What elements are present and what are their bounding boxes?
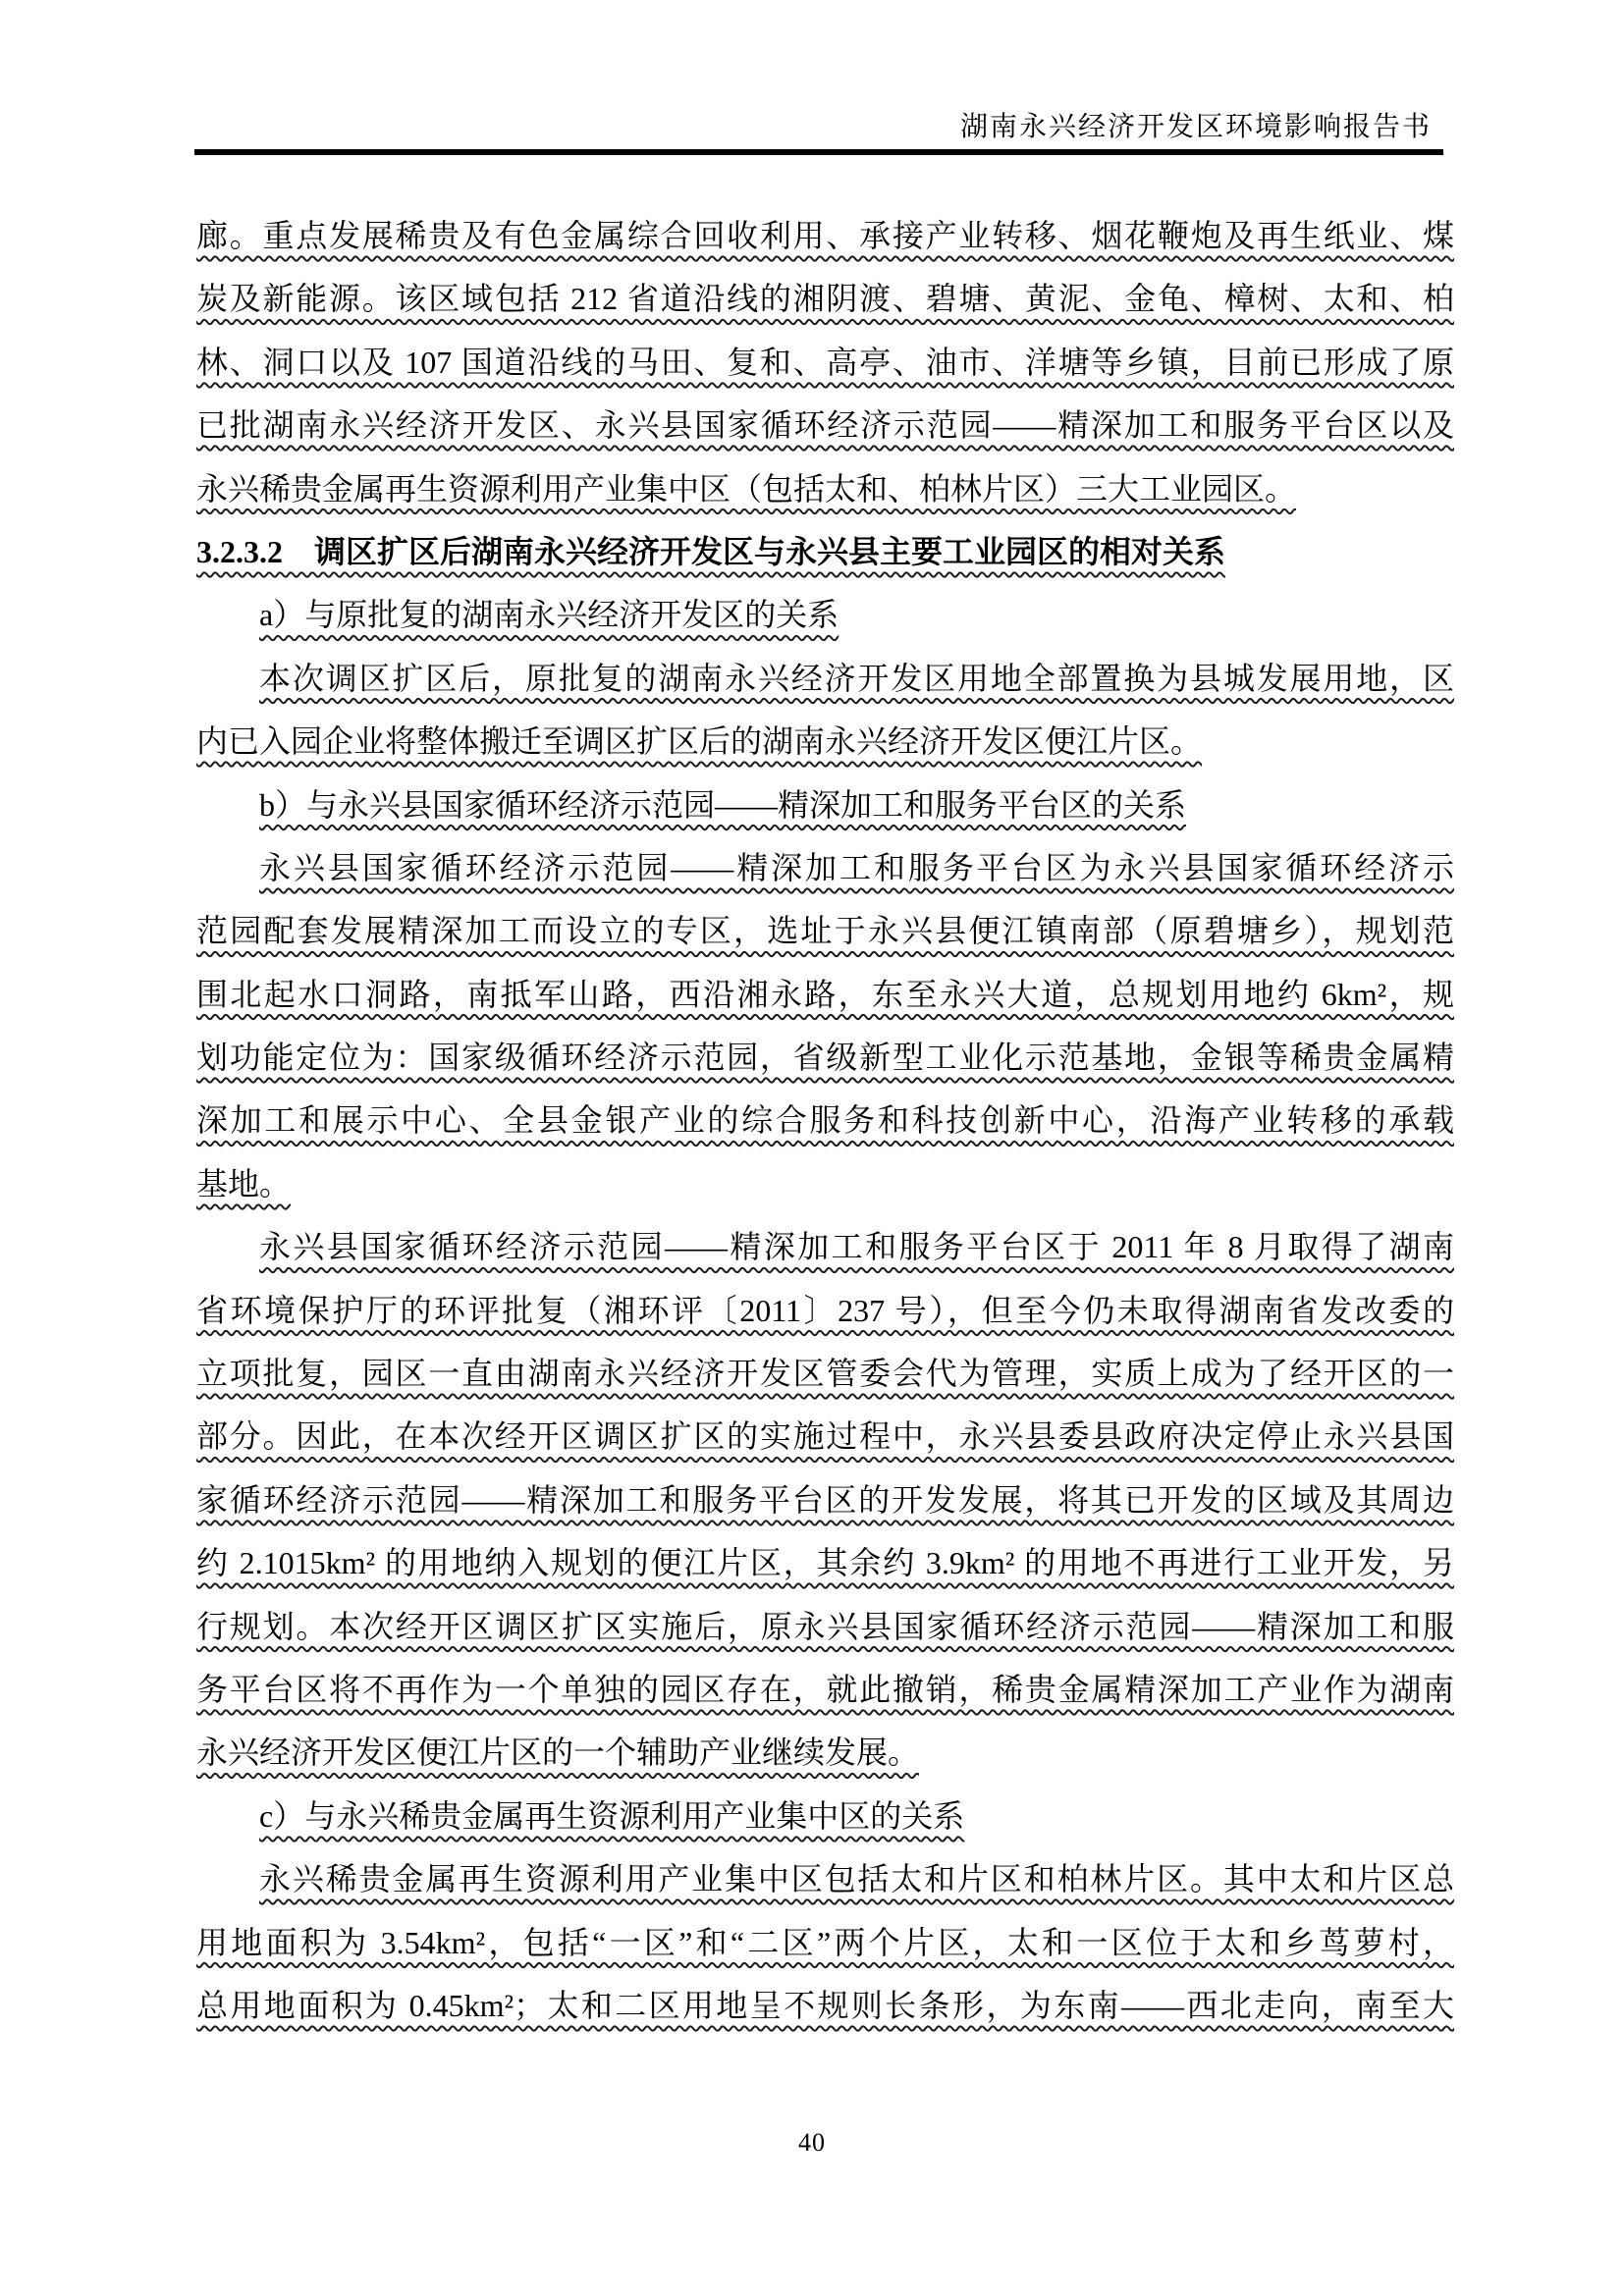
text-line: 立项批复，园区一直由湖南永兴经济开发区管委会代为管理，实质上成为了经开区的一 <box>196 1342 1454 1405</box>
text-line: 林、洞口以及 107 国道沿线的马田、复和、高亭、油市、洋塘等乡镇，目前已形成了… <box>196 331 1454 394</box>
text-line: 基地。 <box>196 1152 1454 1215</box>
header-title: 湖南永兴经济开发区环境影响报告书 <box>194 110 1443 145</box>
text-line: 总用地面积为 0.45km²；太和二区用地呈不规则长条形，为东南——西北走向，南… <box>196 1974 1454 2037</box>
text-line: 家循环经济示范园——精深加工和服务平台区的开发发展，将其已开发的区域及其周边 <box>196 1468 1454 1531</box>
document-page: 湖南永兴经济开发区环境影响报告书 廊。重点发展稀贵及有色金属综合回收利用、承接产… <box>0 0 1624 2296</box>
text-line: c）与永兴稀贵金属再生资源利用产业集中区的关系 <box>196 1785 1454 1847</box>
text-line: 深加工和展示中心、全县金银产业的综合服务和科技创新中心，沿海产业转移的承载 <box>196 1089 1454 1151</box>
text-line: 行规划。本次经开区调区扩区实施后，原永兴县国家循环经济示范园——精深加工和服 <box>196 1595 1454 1658</box>
text-line: 省环境保护厅的环评批复（湘环评〔2011〕237 号），但至今仍未取得湖南省发改… <box>196 1279 1454 1342</box>
text-line: a）与原批复的湖南永兴经济开发区的关系 <box>196 583 1454 646</box>
text-line: 用地面积为 3.54km²，包括“一区”和“二区”两个片区，太和一区位于太和乡茑… <box>196 1911 1454 1974</box>
page-footer: 40 <box>0 2128 1624 2158</box>
text-line: 永兴稀贵金属再生资源利用产业集中区包括太和片区和柏林片区。其中太和片区总 <box>196 1847 1454 1910</box>
page-header: 湖南永兴经济开发区环境影响报告书 <box>194 110 1443 155</box>
text-line: 永兴稀贵金属再生资源利用产业集中区（包括太和、柏林片区）三大工业园区。 <box>196 457 1454 520</box>
text-line: 内已入园企业将整体搬迁至调区扩区后的湖南永兴经济开发区便江片区。 <box>196 710 1454 773</box>
text-line: 永兴县国家循环经济示范园——精深加工和服务平台区为永兴县国家循环经济示 <box>196 836 1454 899</box>
text-line: 划功能定位为：国家级循环经济示范园，省级新型工业化示范基地，金银等稀贵金属精 <box>196 1026 1454 1089</box>
text-line: b）与永兴县国家循环经济示范园——精深加工和服务平台区的关系 <box>196 774 1454 836</box>
page-number: 40 <box>798 2128 826 2157</box>
text-line: 3.2.3.2 调区扩区后湖南永兴经济开发区与永兴县主要工业园区的相对关系 <box>196 520 1454 583</box>
text-line: 已批湖南永兴经济开发区、永兴县国家循环经济示范园——精深加工和服务平台区以及 <box>196 394 1454 456</box>
text-line: 廊。重点发展稀贵及有色金属综合回收利用、承接产业转移、烟花鞭炮及再生纸业、煤 <box>196 204 1454 267</box>
text-line: 务平台区将不再作为一个单独的园区存在，就此撤销，稀贵金属精深加工产业作为湖南 <box>196 1658 1454 1721</box>
text-line: 炭及新能源。该区域包括 212 省道沿线的湘阴渡、碧塘、黄泥、金龟、樟树、太和、… <box>196 267 1454 330</box>
text-line: 范园配套发展精深加工而设立的专区，选址于永兴县便江镇南部（原碧塘乡），规划范 <box>196 899 1454 962</box>
header-rule <box>194 149 1443 155</box>
text-line: 围北起水口洞路，南抵军山路，西沿湘永路，东至永兴大道，总规划用地约 6km²，规 <box>196 963 1454 1026</box>
text-line: 本次调区扩区后，原批复的湖南永兴经济开发区用地全部置换为县城发展用地，区 <box>196 647 1454 710</box>
text-line: 约 2.1015km² 的用地纳入规划的便江片区，其余约 3.9km² 的用地不… <box>196 1531 1454 1594</box>
text-line: 永兴县国家循环经济示范园——精深加工和服务平台区于 2011 年 8 月取得了湖… <box>196 1215 1454 1278</box>
text-line: 部分。因此，在本次经开区调区扩区的实施过程中，永兴县委县政府决定停止永兴县国 <box>196 1405 1454 1468</box>
body-text: 廊。重点发展稀贵及有色金属综合回收利用、承接产业转移、烟花鞭炮及再生纸业、煤炭及… <box>196 204 1454 2037</box>
text-line: 永兴经济开发区便江片区的一个辅助产业继续发展。 <box>196 1721 1454 1784</box>
